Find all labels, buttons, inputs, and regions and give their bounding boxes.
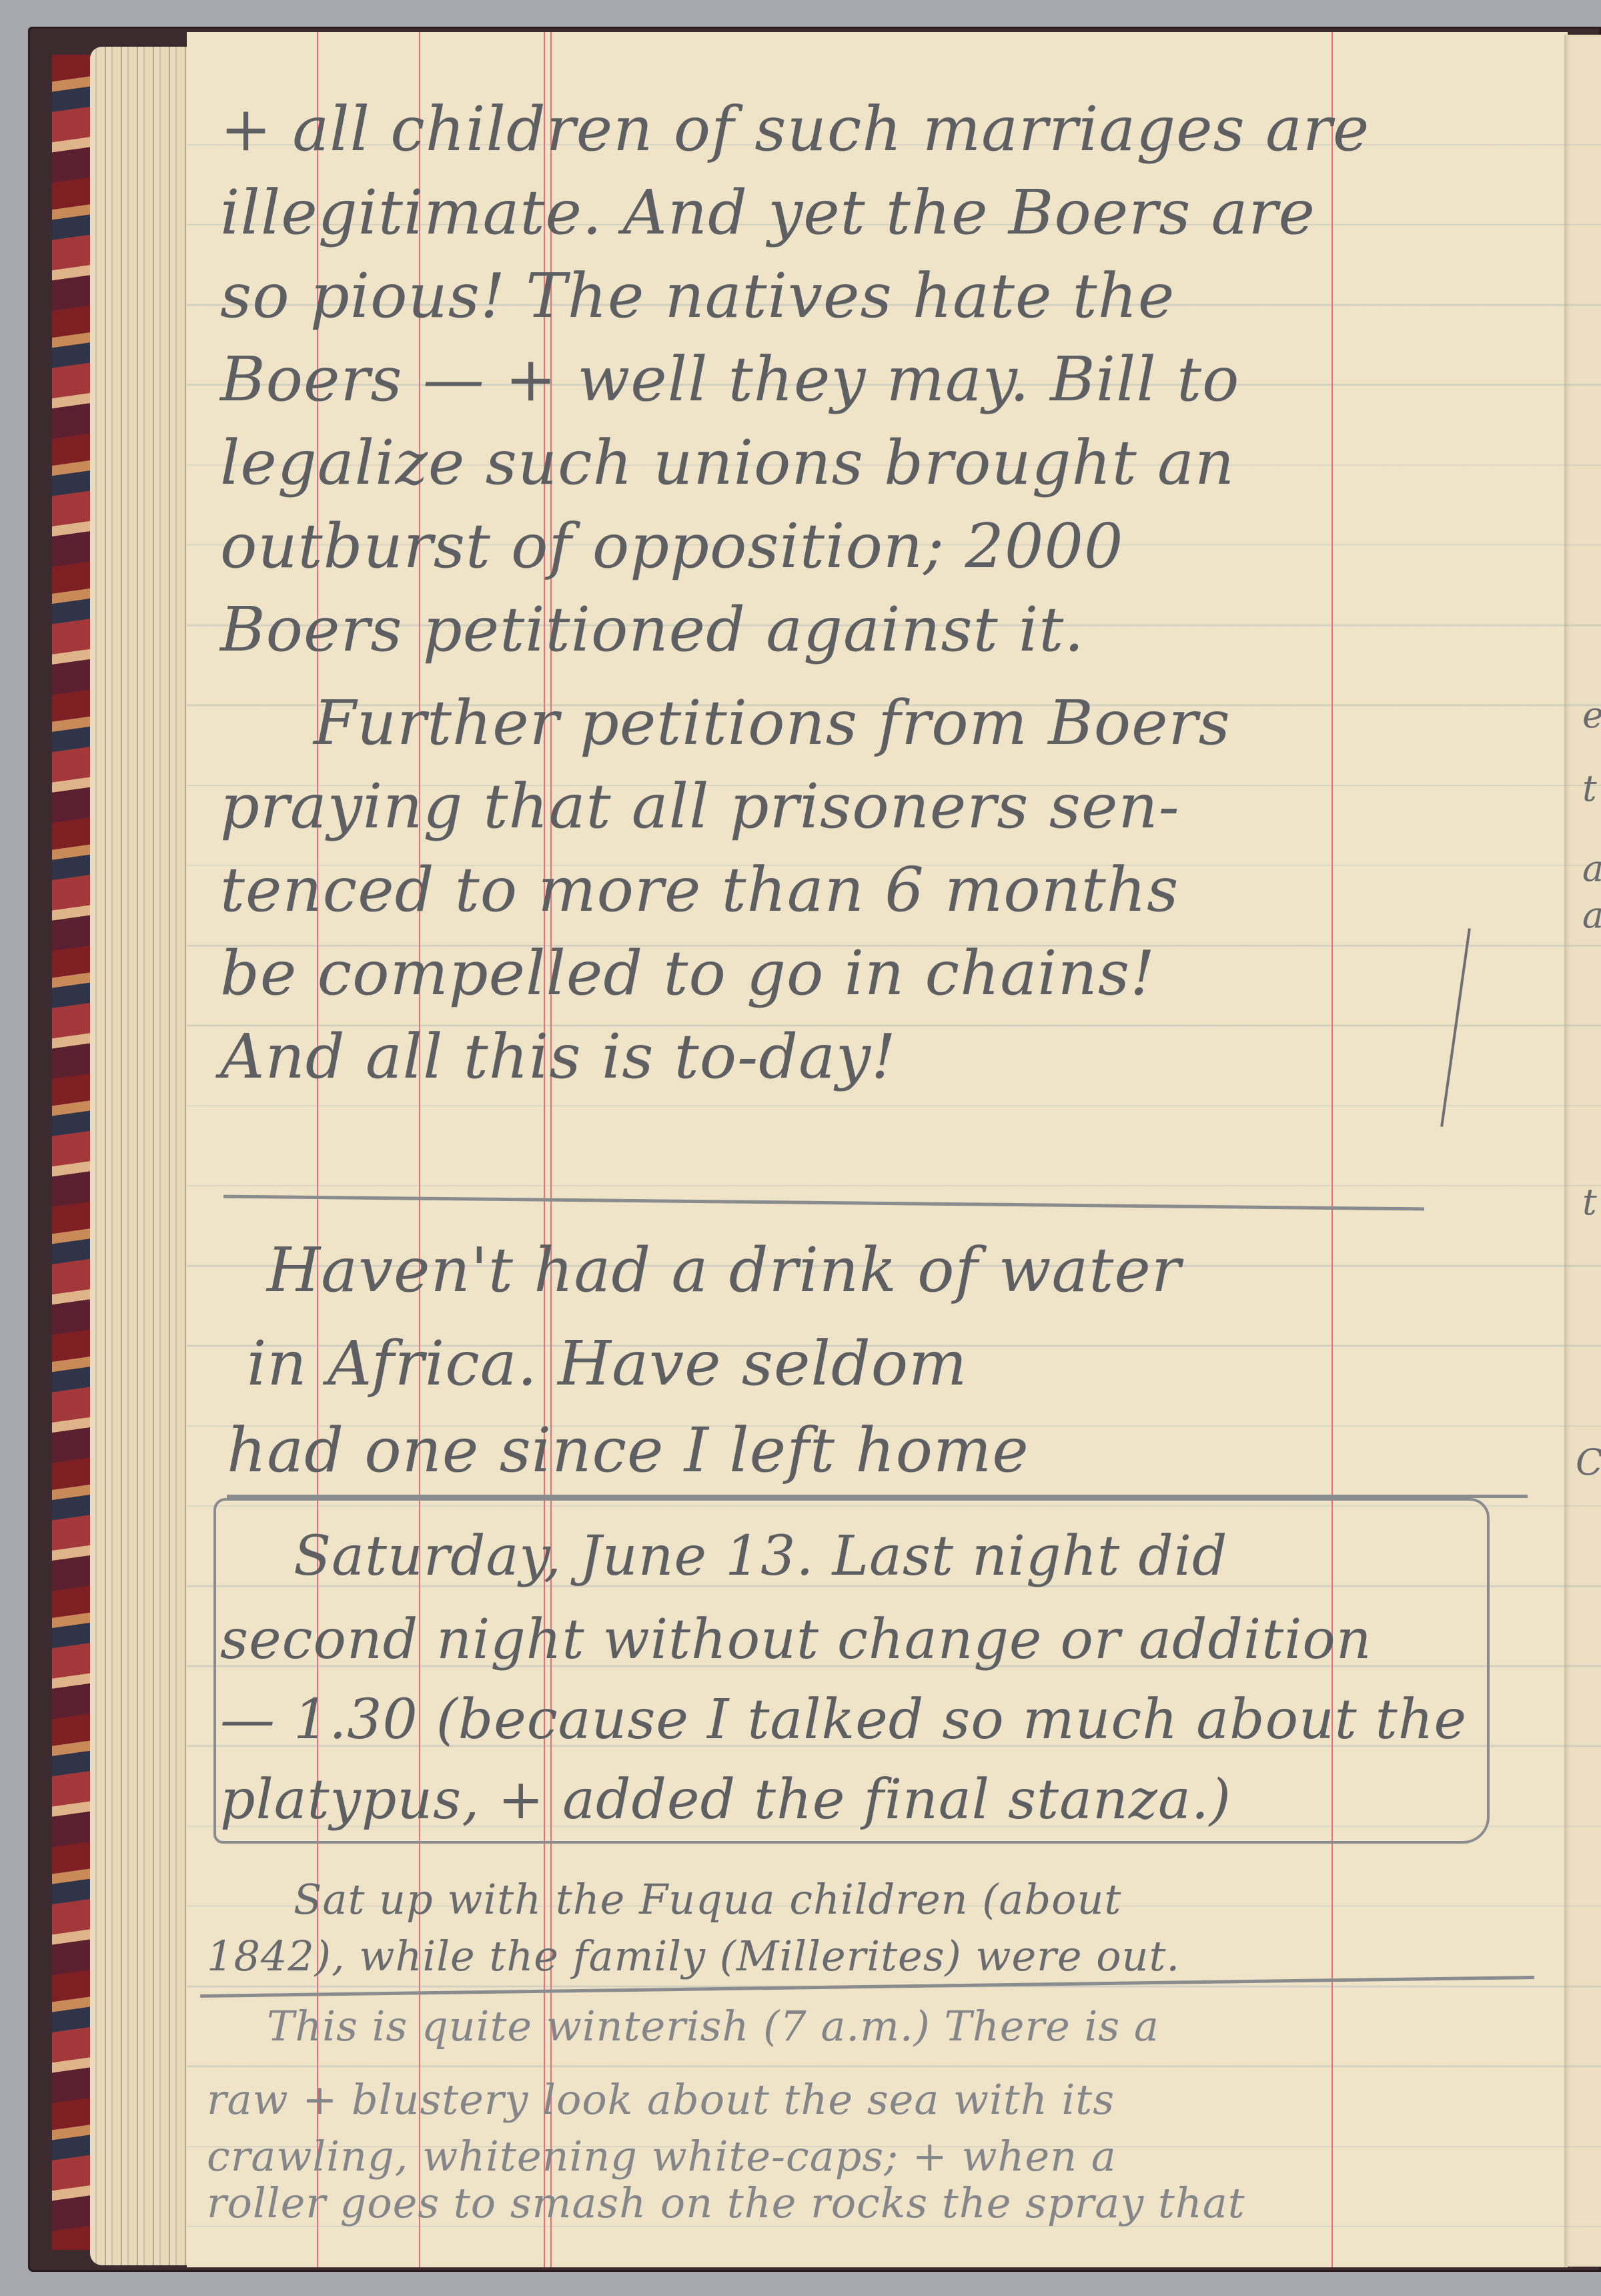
- facing-page-fragment: C: [1576, 1441, 1601, 1483]
- red-margin-line: [1331, 32, 1333, 2267]
- handwritten-line: raw + blustery look about the sea with i…: [207, 2075, 1115, 2124]
- handwritten-line: so pious! The natives hate the: [220, 260, 1175, 332]
- handwritten-line: And all this is to-day!: [220, 1021, 897, 1092]
- handwritten-line: in Africa. Have seldom: [247, 1328, 967, 1399]
- handwritten-line: illegitimate. And yet the Boers are: [220, 177, 1315, 248]
- handwritten-line: Boers petitioned against it.: [220, 594, 1085, 665]
- facing-page-fragment: t: [1582, 1181, 1597, 1223]
- handwritten-line: outburst of opposition; 2000: [220, 510, 1123, 582]
- facing-page-fragment: e: [1582, 694, 1601, 736]
- handwritten-line: — 1.30 (because I talked so much about t…: [220, 1688, 1467, 1752]
- handwritten-line: Boers — + well they may. Bill to: [220, 344, 1239, 415]
- handwritten-line: roller goes to smash on the rocks the sp…: [207, 2179, 1245, 2227]
- facing-page-fragment: a: [1582, 847, 1601, 889]
- marbled-endpaper: [52, 55, 92, 2250]
- handwritten-line: be compelled to go in chains!: [220, 937, 1155, 1009]
- handwritten-line: second night without change or addition: [220, 1608, 1372, 1671]
- handwritten-line: had one since I left home: [227, 1415, 1029, 1486]
- facing-page-fragment: a: [1582, 894, 1601, 936]
- handwritten-line: Saturday, June 13. Last night did: [294, 1525, 1228, 1588]
- handwritten-line: legalize such unions brought an: [220, 427, 1235, 498]
- handwritten-line: This is quite winterish (7 a.m.) There i…: [267, 2002, 1159, 2050]
- handwritten-line: Further petitions from Boers: [314, 687, 1231, 759]
- handwritten-line: 1842), while the family (Millerites) wer…: [207, 1932, 1180, 1980]
- handwritten-line: crawling, whitening white-caps; + when a: [207, 2132, 1117, 2181]
- handwritten-line: praying that all prisoners sen-: [220, 771, 1180, 842]
- facing-page-edge: [1564, 35, 1601, 2267]
- handwritten-line: platypus, + added the final stanza.): [220, 1768, 1231, 1832]
- handwritten-line: tenced to more than 6 months: [220, 854, 1179, 925]
- handwritten-line: Sat up with the Fuqua children (about: [294, 1875, 1121, 1924]
- handwritten-line: Haven't had a drink of water: [267, 1234, 1181, 1306]
- handwritten-line: + all children of such marriages are: [220, 93, 1370, 165]
- facing-page-fragment: t: [1582, 767, 1597, 809]
- page-edges-stack: [90, 47, 190, 2265]
